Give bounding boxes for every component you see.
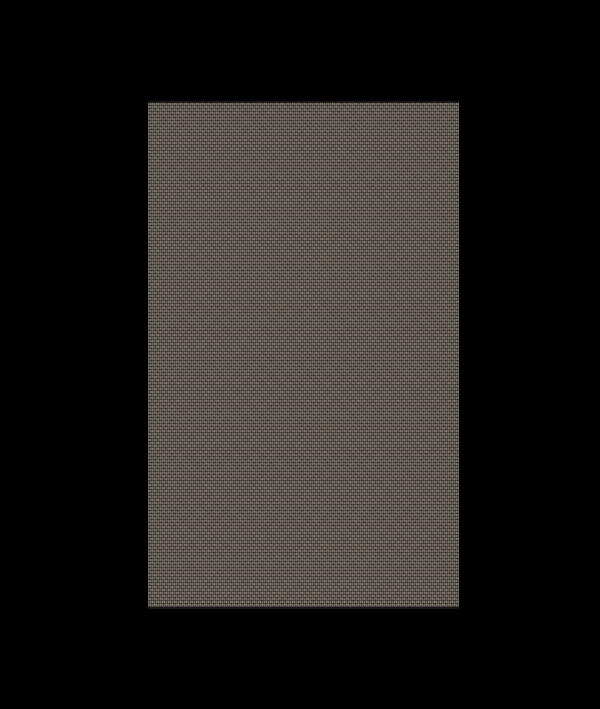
woven-rug xyxy=(148,101,459,609)
